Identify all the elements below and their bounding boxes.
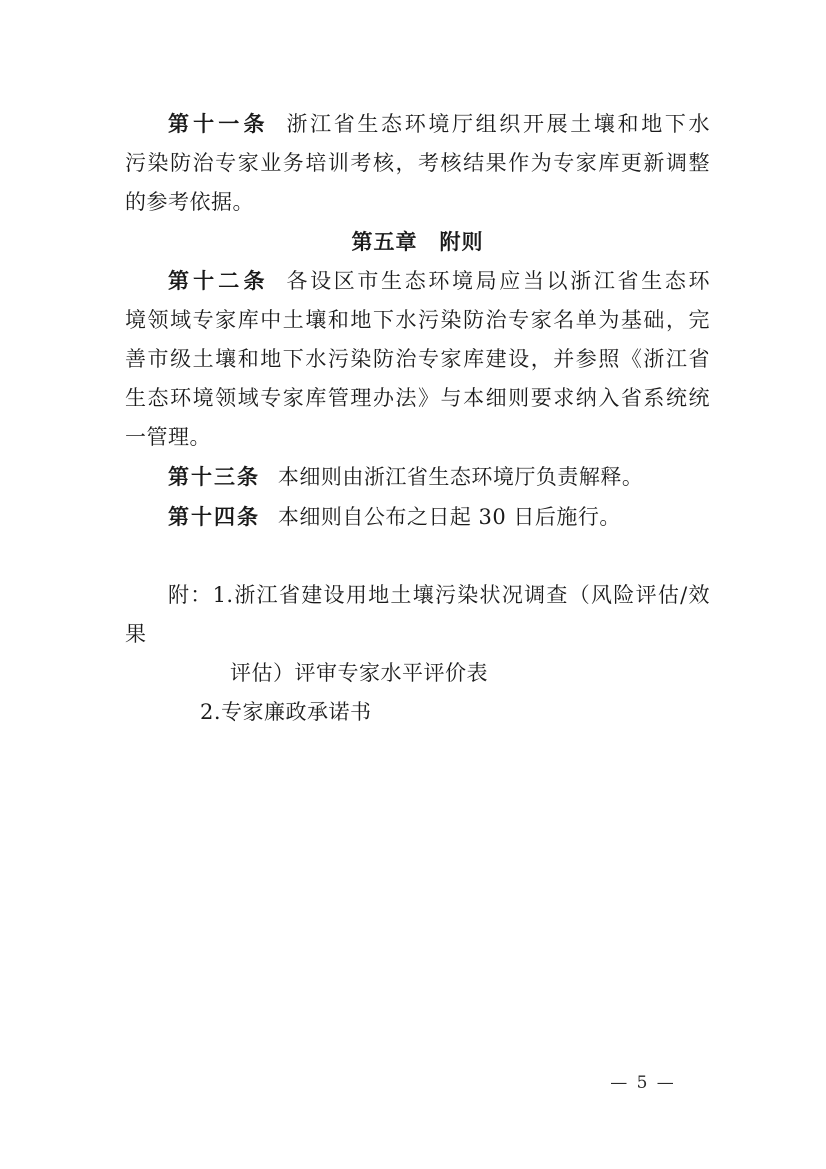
article-12-line-3: 善市级土壤和地下水污染防治专家库建设，并参照《浙江省 [125, 340, 710, 379]
article-13-term: 第十三条 [168, 464, 260, 489]
article-11-line-1: 第十一条浙江省生态环境厅组织开展土壤和地下水 [125, 104, 710, 144]
article-12-term: 第十二条 [168, 268, 269, 293]
attachments-line-1: 附：1.浙江省建设用地土壤污染状况调查（风险评估/效 [125, 576, 710, 615]
article-12-text-1: 各设区市生态环境局应当以浙江省生态环 [286, 269, 710, 293]
article-12-line-5: 一管理。 [125, 418, 710, 457]
attachments-line-3: 评估）评审专家水平评价表 [125, 654, 710, 693]
article-12-line-4: 生态环境领域专家库管理办法》与本细则要求纳入省系统统 [125, 379, 710, 418]
document-page: 第十一条浙江省生态环境厅组织开展土壤和地下水 污染防治专家业务培训考核，考核结果… [0, 0, 826, 1169]
document-body: 第十一条浙江省生态环境厅组织开展土壤和地下水 污染防治专家业务培训考核，考核结果… [125, 104, 710, 732]
article-11-line-3: 的参考依据。 [125, 183, 710, 222]
chapter-5-heading: 第五章 附则 [125, 222, 710, 261]
attachments-line-4: 2.专家廉政承诺书 [125, 693, 710, 732]
article-13-text: 本细则由浙江省生态环境厅负责解释。 [278, 465, 644, 489]
article-14-text: 本细则自公布之日起 30 日后施行。 [278, 505, 621, 529]
attachments-line-2: 果 [125, 615, 710, 654]
article-11-text-1: 浙江省生态环境厅组织开展土壤和地下水 [286, 112, 710, 136]
article-11-term: 第十一条 [168, 111, 269, 136]
article-12-line-2: 境领域专家库中土壤和地下水污染防治专家名单为基础，完 [125, 301, 710, 340]
blank-line [125, 537, 710, 576]
article-14-line: 第十四条本细则自公布之日起 30 日后施行。 [125, 497, 710, 537]
article-12-line-1: 第十二条各设区市生态环境局应当以浙江省生态环 [125, 261, 710, 301]
article-13-line: 第十三条本细则由浙江省生态环境厅负责解释。 [125, 457, 710, 497]
article-11-line-2: 污染防治专家业务培训考核，考核结果作为专家库更新调整 [125, 144, 710, 183]
article-14-term: 第十四条 [168, 504, 260, 529]
page-number: — 5 — [583, 1072, 703, 1094]
